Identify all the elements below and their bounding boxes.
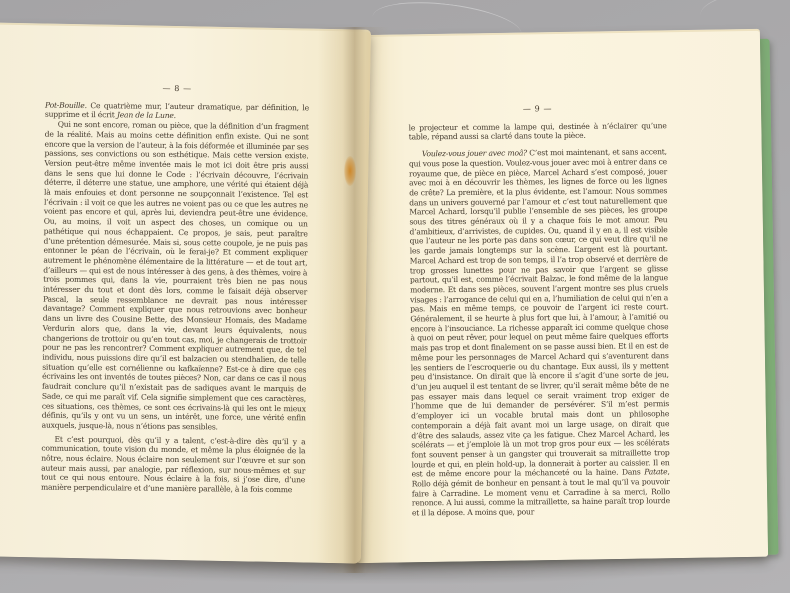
page-number-left: — 8 — <box>45 83 309 95</box>
paragraph: Qui ne sont encore, roman ou pièce, que … <box>42 120 309 433</box>
paragraph-text: Qui ne sont encore, roman ou pièce, que … <box>42 120 309 431</box>
paragraph: le projecteur et comme la lampe qui, des… <box>409 121 667 143</box>
photo-backdrop: — 9 — le projecteur et comme la lampe qu… <box>0 0 790 593</box>
italic-play-title: Patate <box>644 467 667 476</box>
paragraph-text: C’est moi maintenant, et sans accent, qu… <box>409 147 670 478</box>
paragraph: Voulez-vous jouer avec moâ? C’est moi ma… <box>409 147 670 518</box>
italic-book-title: Jean de la Lune <box>117 111 174 121</box>
paragraph-text: le projecteur et comme la lampe qui, des… <box>409 121 667 142</box>
paragraph-text: Et c’est pourquoi, dès qu’il y a talent,… <box>41 434 306 494</box>
italic-book-title: Pot-Bouille. <box>45 100 87 109</box>
page-number-right: — 9 — <box>408 103 666 115</box>
left-page-text-block: — 8 — Pot-Bouille. Ce quatrième mur, l’a… <box>41 83 309 496</box>
scratch-mark <box>698 0 772 28</box>
right-page: — 9 — le projecteur et comme la lampe qu… <box>346 29 768 563</box>
italic-play-title: Voulez-vous jouer avec moâ? <box>422 148 527 158</box>
paragraph: Et c’est pourquoi, dès qu’il y a talent,… <box>41 434 306 495</box>
stain-spot <box>344 156 356 186</box>
left-page: — 8 — Pot-Bouille. Ce quatrième mur, l’a… <box>0 22 371 563</box>
paragraph-text: . <box>174 111 176 120</box>
right-page-text-block: — 9 — le projecteur et comme la lampe qu… <box>408 103 670 518</box>
